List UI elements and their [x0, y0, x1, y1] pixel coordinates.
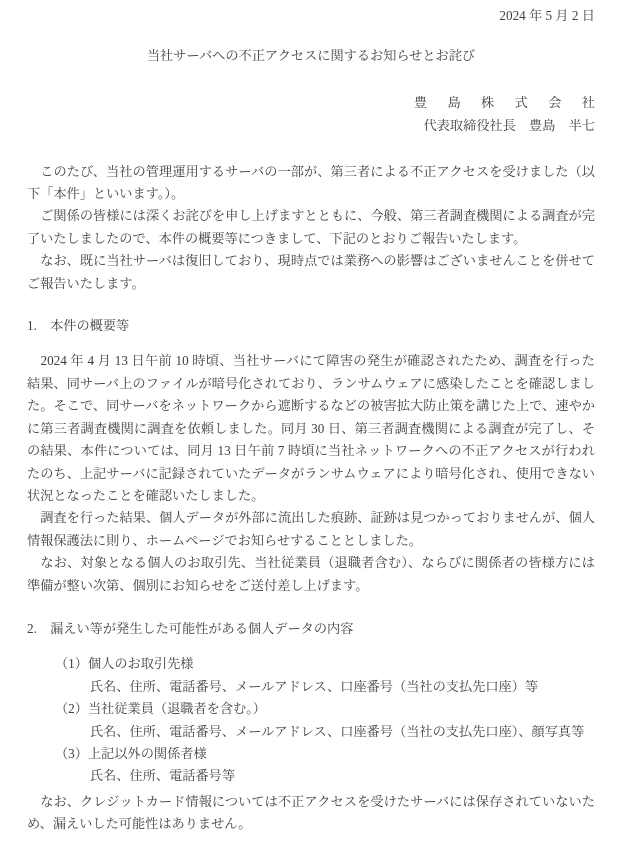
personal-data-list: （1）個人のお取引先様 氏名、住所、電話番号、メールアドレス、口座番号（当社の支… [27, 653, 595, 787]
document-page: 2024 年 5 月 2 日 当社サーバへの不正アクセスに関するお知らせとお詫び… [0, 0, 617, 845]
section-1-paragraph-2: 調査を行った結果、個人データが外部に流出した痕跡、証跡は見つかっておりませんが、… [27, 507, 595, 552]
list-item-1-label: （1）個人のお取引先様 [27, 653, 595, 675]
section-1-heading: 1. 本件の概要等 [27, 315, 595, 337]
list-item-3-label: （3）上記以外の関係者様 [27, 743, 595, 765]
list-item-2-label: （2）当社従業員（退職者を含む。） [27, 698, 595, 720]
representative-name: 代表取締役社長 豊島 半七 [27, 115, 595, 137]
intro-paragraph-1: このたび、当社の管理運用するサーバの一部が、第三者による不正アクセスを受けました… [27, 161, 595, 206]
intro-paragraph-2: ご関係の皆様には深くお詫びを申し上げますとともに、今般、第三者調査機関による調査… [27, 205, 595, 250]
list-item-1-detail: 氏名、住所、電話番号、メールアドレス、口座番号（当社の支払先口座）等 [27, 676, 595, 698]
section-2-heading: 2. 漏えい等が発生した可能性がある個人データの内容 [27, 618, 595, 640]
document-date: 2024 年 5 月 2 日 [27, 5, 595, 27]
section-1-paragraph-1: 2024 年 4 月 13 日午前 10 時頃、当社サーバにて障害の発生が確認さ… [27, 350, 595, 507]
credit-card-note-paragraph: なお、クレジットカード情報については不正アクセスを受けたサーバには保存されていな… [27, 791, 595, 836]
company-name: 豊島株式会社 [27, 92, 615, 114]
list-item-3-detail: 氏名、住所、電話番号等 [27, 765, 595, 787]
list-item-2-detail: 氏名、住所、電話番号、メールアドレス、口座番号（当社の支払先口座）、顔写真等 [27, 721, 595, 743]
intro-paragraph-3: なお、既に当社サーバは復旧しており、現時点では業務への影響はございませんことを併… [27, 250, 595, 295]
document-title: 当社サーバへの不正アクセスに関するお知らせとお詫び [27, 45, 595, 67]
section-1-paragraph-3: なお、対象となる個人のお取引先、当社従業員（退職者含む）、ならびに関係者の皆様方… [27, 552, 595, 597]
